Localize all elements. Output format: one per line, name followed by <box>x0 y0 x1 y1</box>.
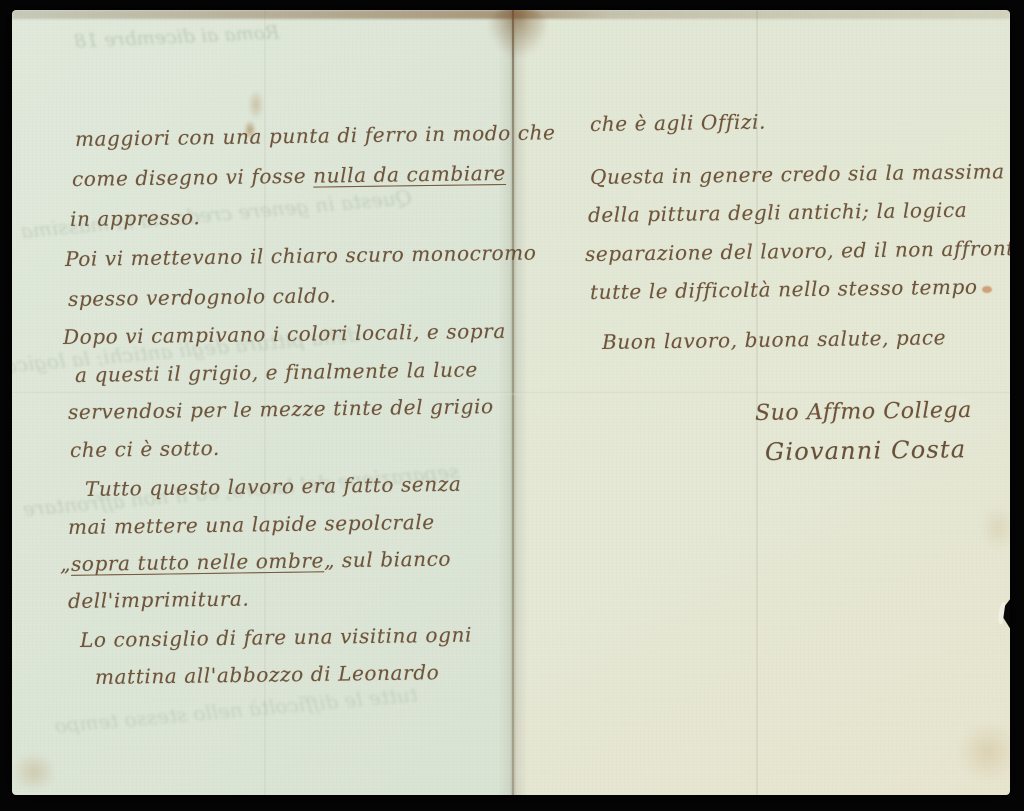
handwritten-text: a questi il grigio, e finalmente la luce <box>75 357 478 387</box>
handwritten-text: dell'imprimitura. <box>68 586 250 613</box>
underlined-text: sopra tutto nelle ombre <box>71 548 324 576</box>
handwritten-text: Giovanni Costa <box>765 435 967 466</box>
handwritten-text: Tutto questo lavoro era fatto senza <box>85 472 462 501</box>
letter-line: che è agli Offizi. <box>590 109 766 137</box>
handwritten-text: mattina all'abbozzo di Leonardo <box>95 660 440 689</box>
handwritten-text: Suo Affmo Collega <box>755 398 972 426</box>
handwritten-text: Lo consiglio di fare una visitina ogni <box>80 623 472 652</box>
handwritten-text: Dopo vi campivano i colori locali, e sop… <box>63 319 506 349</box>
vertical-crease-right <box>756 10 758 795</box>
handwritten-text: „ sul bianco <box>324 547 451 573</box>
closing-salutation: Suo Affmo Collega <box>755 398 972 427</box>
handwritten-text: tutte le difficoltà nello stesso tempo <box>590 275 978 304</box>
handwritten-text: mai mettere una lapide sepolcrale <box>68 510 435 539</box>
letter-line: „sopra tutto nelle ombre„ sul bianco <box>60 546 451 577</box>
handwritten-text: spesso verdognolo caldo. <box>68 283 337 311</box>
handwritten-text: come disegno vi fosse <box>72 164 314 191</box>
foxing-stain <box>12 752 56 792</box>
handwritten-text: Questa in genere credo sia la massima <box>590 159 1005 189</box>
handwritten-text: „ <box>60 552 71 576</box>
handwritten-text: che ci è sotto. <box>70 436 220 462</box>
letter-line: Buon lavoro, buona salute, pace <box>602 324 946 355</box>
handwritten-text: che è agli Offizi. <box>590 110 766 136</box>
handwritten-text: in appresso. <box>70 205 201 231</box>
letter-line: Tutto questo lavoro era fatto senza <box>85 471 462 502</box>
handwritten-text: Buon lavoro, buona salute, pace <box>602 325 946 354</box>
handwritten-text: separazione del lavoro, ed il non affron… <box>585 236 1010 266</box>
ink-stain <box>238 88 268 144</box>
foxing-stain <box>980 505 1010 551</box>
letter-line: della pittura degli antichi; la logica <box>588 197 968 228</box>
letter-line: che ci è sotto. <box>70 435 220 463</box>
letter-line: in appresso. <box>70 204 201 232</box>
letter-line: Lo consiglio di fare una visitina ogni <box>80 622 472 653</box>
horizontal-crease <box>12 392 1010 395</box>
letter-line: mai mettere una lapide sepolcrale <box>68 509 435 540</box>
handwritten-text: della pittura degli antichi; la logica <box>588 198 968 227</box>
small-red-stain <box>982 286 992 293</box>
letter-line: dell'imprimitura. <box>68 585 250 614</box>
letter-sheet: Roma ai dicembre 18 Questa in genere cre… <box>12 10 1010 795</box>
signature: Giovanni Costa <box>765 436 967 465</box>
underlined-text: nulla da cambiare <box>313 161 506 188</box>
handwritten-text: servendosi per le mezze tinte del grigio <box>68 394 494 424</box>
letter-line: mattina all'abbozzo di Leonardo <box>95 659 440 690</box>
letter-line: tutte le difficoltà nello stesso tempo <box>590 274 978 305</box>
letter-line: spesso verdognolo caldo. <box>68 282 337 312</box>
foxing-stain <box>958 722 1010 782</box>
center-fold-crease <box>512 10 514 795</box>
